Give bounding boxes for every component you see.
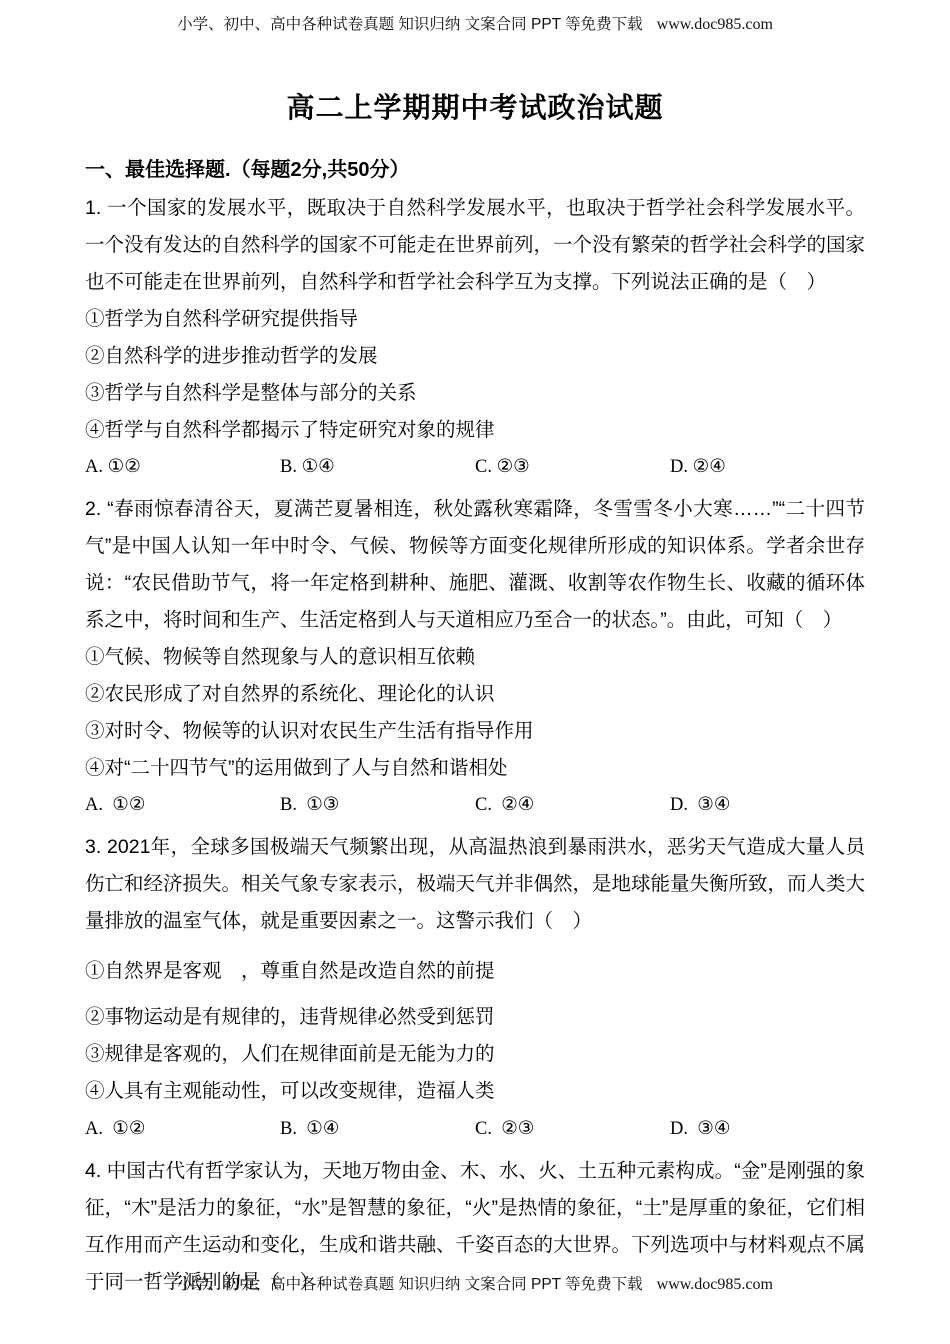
statement-2: ②自然科学的进步推动哲学的发展 <box>85 338 865 375</box>
statement-4: ④哲学与自然科学都揭示了特定研究对象的规律 <box>85 412 865 449</box>
choice-c: C. ②③ <box>475 1111 670 1148</box>
choice-a: A. ①② <box>85 449 280 486</box>
footer-url: www.doc985.com <box>657 1276 773 1293</box>
statement-2: ②农民形成了对自然界的系统化、理论化的认识 <box>85 676 865 713</box>
question-stem: 2. “春雨惊春清谷天，夏满芒夏暑相连，秋处露秋寒霜降，冬雪雪冬小大寒……”“二… <box>85 491 865 639</box>
question-stem: 1. 一个国家的发展水平，既取决于自然科学发展水平，也取决于哲学社会科学发展水平… <box>85 190 865 301</box>
header-text: 小学、初中、高中各种试卷真题 知识归纳 文案合同 PPT 等免费下载 <box>177 16 643 33</box>
statement-4: ④人具有主观能动性，可以改变规律，造福人类 <box>85 1073 865 1110</box>
footer-text: 小学、初中、高中各种试卷真题 知识归纳 文案合同 PPT 等免费下载 <box>177 1276 643 1293</box>
statement-list: ①自然界是客观 ，尊重自然是改造自然的前提 ②事物运动是有规律的，违背规律必然受… <box>85 953 865 1110</box>
choice-row: A. ①② B. ①④ C. ②③ D. ③④ <box>85 1111 865 1148</box>
header-banner: 小学、初中、高中各种试卷真题 知识归纳 文案合同 PPT 等免费下载www.do… <box>0 12 950 34</box>
choice-c: C. ②④ <box>475 787 670 824</box>
choice-b: B. ①③ <box>280 787 475 824</box>
header-url: www.doc985.com <box>657 16 773 33</box>
choice-d: D. ③④ <box>670 787 865 824</box>
statement-1: ①自然界是客观 ，尊重自然是改造自然的前提 <box>85 953 865 990</box>
statement-4: ④对“二十四节气”的运用做到了人与自然和谐相处 <box>85 750 865 787</box>
statement-3: ③对时令、物候等的认识对农民生产生活有指导作用 <box>85 713 865 750</box>
statement-2: ②事物运动是有规律的，违背规律必然受到惩罚 <box>85 999 865 1036</box>
statement-list: ①哲学为自然科学研究提供指导 ②自然科学的进步推动哲学的发展 ③哲学与自然科学是… <box>85 301 865 449</box>
choice-b: B. ①④ <box>280 1111 475 1148</box>
statement-list: ①气候、物候等自然现象与人的意识相互依赖 ②农民形成了对自然界的系统化、理论化的… <box>85 639 865 787</box>
section-heading: 一、最佳选择题.（每题2分,共50分） <box>85 153 865 182</box>
document-body: 高二上学期期中考试政治试题 一、最佳选择题.（每题2分,共50分） 1. 一个国… <box>85 86 865 1301</box>
choice-a: A. ①② <box>85 1111 280 1148</box>
choice-d: D. ②④ <box>670 449 865 486</box>
footer-banner: 小学、初中、高中各种试卷真题 知识归纳 文案合同 PPT 等免费下载www.do… <box>0 1272 950 1294</box>
choice-row: A. ①② B. ①④ C. ②③ D. ②④ <box>85 449 865 486</box>
choice-row: A. ①② B. ①③ C. ②④ D. ③④ <box>85 787 865 824</box>
choice-b: B. ①④ <box>280 449 475 486</box>
statement-1: ①哲学为自然科学研究提供指导 <box>85 301 865 338</box>
question-3: 3. 2021年，全球多国极端天气频繁出现，从高温热浪到暴雨洪水，恶劣天气造成大… <box>85 829 865 1148</box>
question-stem: 3. 2021年，全球多国极端天气频繁出现，从高温热浪到暴雨洪水，恶劣天气造成大… <box>85 829 865 940</box>
exam-title: 高二上学期期中考试政治试题 <box>85 86 865 126</box>
statement-3: ③规律是客观的，人们在规律面前是无能为力的 <box>85 1036 865 1073</box>
statement-1: ①气候、物候等自然现象与人的意识相互依赖 <box>85 639 865 676</box>
exam-page: 小学、初中、高中各种试卷真题 知识归纳 文案合同 PPT 等免费下载www.do… <box>0 0 950 1344</box>
statement-3: ③哲学与自然科学是整体与部分的关系 <box>85 375 865 412</box>
choice-d: D. ③④ <box>670 1111 865 1148</box>
question-2: 2. “春雨惊春清谷天，夏满芒夏暑相连，秋处露秋寒霜降，冬雪雪冬小大寒……”“二… <box>85 491 865 824</box>
choice-c: C. ②③ <box>475 449 670 486</box>
choice-a: A. ①② <box>85 787 280 824</box>
question-1: 1. 一个国家的发展水平，既取决于自然科学发展水平，也取决于哲学社会科学发展水平… <box>85 190 865 486</box>
